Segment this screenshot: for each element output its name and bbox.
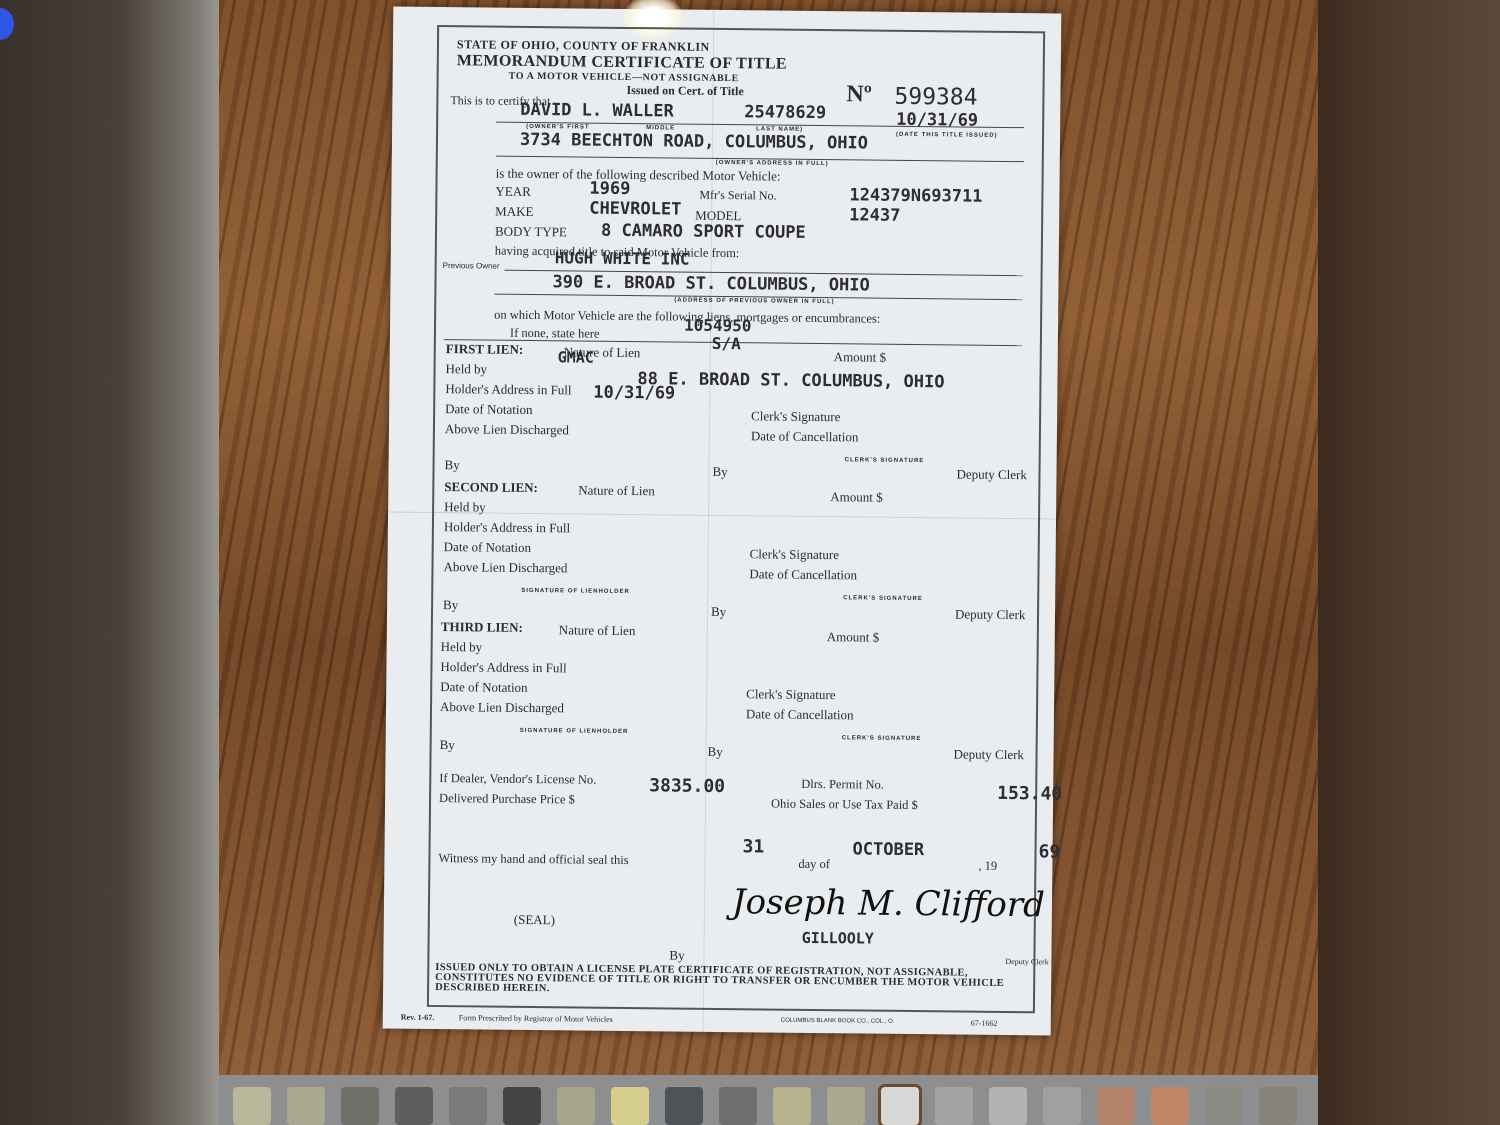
vehicle-intro: is the owner of the following described … xyxy=(496,166,781,185)
clerk-signature: Joseph M. Clifford xyxy=(732,882,1045,925)
thumb-8[interactable] xyxy=(611,1087,649,1125)
witness-label: Witness my hand and official seal this xyxy=(438,851,628,868)
second-lien-sig-lienholder-caption: SIGNATURE OF LIENHOLDER xyxy=(521,588,630,595)
seal-label: (SEAL) xyxy=(514,912,555,928)
second-lien-sig-clerk-caption: CLERK'S SIGNATURE xyxy=(843,595,923,602)
first-lien-held-by: GMAC xyxy=(558,348,594,366)
second-lien-clerk-signature-label: Clerk's Signature xyxy=(750,546,840,563)
year-prefix: , 19 xyxy=(978,859,997,874)
rev-label: Rev. 1-67. xyxy=(401,1013,435,1022)
first-lien-discharged-label: Above Lien Discharged xyxy=(445,421,569,438)
disclaimer: ISSUED ONLY TO OBTAIN A LICENSE PLATE CE… xyxy=(435,963,1015,999)
body-type-label: BODY TYPE xyxy=(495,224,567,241)
thumb-15[interactable] xyxy=(989,1087,1027,1125)
second-lien-notation-label: Date of Notation xyxy=(444,539,532,556)
first-lien-sig-clerk-caption: CLERK'S SIGNATURE xyxy=(845,457,925,464)
previous-owner-label: Previous Owner xyxy=(443,261,500,271)
if-none-value: 1054950 xyxy=(684,316,752,336)
previous-owner-address: 390 E. BROAD ST. COLUMBUS, OHIO xyxy=(552,272,869,295)
third-lien-cancellation-label: Date of Cancellation xyxy=(746,706,854,723)
third-lien-by-label: By xyxy=(440,737,455,753)
prescribed-label: Form Prescribed by Registrar of Motor Ve… xyxy=(459,1013,613,1024)
year-label: YEAR xyxy=(495,184,531,200)
second-lien-section: SECOND LIEN: Nature of Lien Amount $ Hel… xyxy=(451,483,1020,629)
thumb-3[interactable] xyxy=(341,1087,379,1125)
make-label: MAKE xyxy=(495,204,533,220)
vehicle-make: CHEVROLET xyxy=(589,199,681,220)
thumb-11[interactable] xyxy=(773,1087,811,1125)
thumb-13-selected[interactable] xyxy=(881,1087,919,1125)
third-lien-sig-lienholder-caption: SIGNATURE OF LIENHOLDER xyxy=(520,728,629,735)
owner-name: DAVID L. WALLER xyxy=(520,100,674,122)
form-number: 67-1662 xyxy=(971,1019,998,1028)
second-lien-cancellation-label: Date of Cancellation xyxy=(749,566,857,583)
second-lien-address-label: Holder's Address in Full xyxy=(444,519,570,536)
by-label: By xyxy=(669,947,684,963)
owner-address: 3734 BEECHTON ROAD, COLUMBUS, OHIO xyxy=(520,130,868,154)
signature-section: (SEAL) Joseph M. Clifford GILLOOLY By De… xyxy=(447,869,1016,961)
second-lien-title: SECOND LIEN: xyxy=(444,479,538,496)
deputy-stamp: GILLOOLY xyxy=(802,929,874,948)
sale-section: If Dealer, Vendor's License No. Dlrs. Pe… xyxy=(449,773,1018,839)
third-lien-clerk-signature-label: Clerk's Signature xyxy=(746,686,836,703)
thumb-16[interactable] xyxy=(1043,1087,1081,1125)
first-lien-address: 88 E. BROAD ST. COLUMBUS, OHIO xyxy=(637,369,944,392)
second-lien-by-label: By xyxy=(443,597,458,613)
thumb-9[interactable] xyxy=(665,1087,703,1125)
second-lien-held-by-label: Held by xyxy=(444,499,486,515)
first-lien-notation-date: 10/31/69 xyxy=(593,383,675,404)
thumbnail-filmstrip xyxy=(219,1075,1318,1125)
thumb-2[interactable] xyxy=(287,1087,325,1125)
thumb-20[interactable] xyxy=(1259,1087,1297,1125)
thumb-17[interactable] xyxy=(1097,1087,1135,1125)
first-lien-amount-label: Amount $ xyxy=(834,349,887,366)
first-lien-cancellation-label: Date of Cancellation xyxy=(751,428,859,445)
third-lien-sig-clerk-caption: CLERK'S SIGNATURE xyxy=(842,735,922,742)
thumb-14[interactable] xyxy=(935,1087,973,1125)
printer-label: COLUMBUS BLANK BOOK CO., COL., O. xyxy=(781,1018,895,1025)
thumb-5[interactable] xyxy=(449,1087,487,1125)
witness-month: OCTOBER xyxy=(852,839,924,860)
vehicle-body-type: 8 CAMARO SPORT COUPE xyxy=(601,221,806,243)
third-lien-title: THIRD LIEN: xyxy=(441,619,523,636)
second-lien-deputy-label: Deputy Clerk xyxy=(955,606,1026,623)
license-label: If Dealer, Vendor's License No. xyxy=(439,771,596,788)
memorandum-certificate-of-title: STATE OF OHIO, COUNTY OF FRANKLIN MEMORA… xyxy=(383,7,1062,1036)
permit-label: Dlrs. Permit No. xyxy=(801,777,884,793)
third-lien-nature-label: Nature of Lien xyxy=(559,622,636,639)
third-lien-notation-label: Date of Notation xyxy=(440,679,528,696)
thumb-7[interactable] xyxy=(557,1087,595,1125)
number-label: Nº xyxy=(846,81,872,108)
day-of-label: day of xyxy=(798,857,830,872)
certificate-number: 599384 xyxy=(894,84,977,111)
first-lien-deputy-label: Deputy Clerk xyxy=(956,466,1027,483)
second-lien-discharged-label: Above Lien Discharged xyxy=(443,559,567,576)
caption-previous-owner-address: (ADDRESS OF PREVIOUS OWNER IN FULL) xyxy=(674,297,834,305)
thumb-4[interactable] xyxy=(395,1087,433,1125)
third-lien-section: THIRD LIEN: Nature of Lien Amount $ Held… xyxy=(449,623,1019,779)
vehicle-model: 12437 xyxy=(849,205,900,226)
third-lien-discharged-label: Above Lien Discharged xyxy=(440,699,564,716)
notification-badge[interactable] xyxy=(0,8,14,40)
third-lien-address-label: Holder's Address in Full xyxy=(440,659,566,676)
thumb-12[interactable] xyxy=(827,1087,865,1125)
first-lien-by-clerk-label: By xyxy=(712,464,727,480)
purchase-price-label: Delivered Purchase Price $ xyxy=(439,791,575,807)
vehicle-year: 1969 xyxy=(589,179,630,199)
sales-tax-label: Ohio Sales or Use Tax Paid $ xyxy=(771,797,918,814)
form-footer: Rev. 1-67. Form Prescribed by Registrar … xyxy=(401,1013,1025,1034)
third-lien-deputy-label: Deputy Clerk xyxy=(953,746,1024,763)
purchase-price: 3835.00 xyxy=(649,775,725,797)
thumb-10[interactable] xyxy=(719,1087,757,1125)
vehicle-serial: 124379N693711 xyxy=(849,185,982,206)
thumb-18[interactable] xyxy=(1151,1087,1189,1125)
previous-owner-name: HUGH WHITE INC xyxy=(555,248,690,268)
first-lien-nature: S/A xyxy=(712,334,741,353)
third-lien-by-clerk-label: By xyxy=(707,744,722,760)
image-viewer: STATE OF OHIO, COUNTY OF FRANKLIN MEMORA… xyxy=(219,0,1318,1075)
first-lien-section: FIRST LIEN: Nature of Lien S/A Amount $ … xyxy=(452,345,1021,489)
second-lien-by-clerk-label: By xyxy=(711,604,726,620)
witness-day: 31 xyxy=(742,836,764,857)
first-lien-address-label: Holder's Address in Full xyxy=(445,381,571,398)
second-lien-amount-label: Amount $ xyxy=(830,489,883,506)
deputy-clerk-label: Deputy Clerk xyxy=(1005,957,1048,966)
caption-date-issued: (DATE THIS TITLE ISSUED) xyxy=(896,132,998,139)
first-lien-clerk-signature-label: Clerk's Signature xyxy=(751,408,841,425)
second-lien-nature-label: Nature of Lien xyxy=(578,482,655,499)
third-lien-held-by-label: Held by xyxy=(441,639,483,655)
thumb-19[interactable] xyxy=(1205,1087,1243,1125)
sales-tax-paid: 153.40 xyxy=(997,783,1062,805)
cert-of-title-number: 25478629 xyxy=(744,102,826,123)
serial-label: Mfr's Serial No. xyxy=(699,188,776,204)
caption-owner-address: (OWNER'S ADDRESS IN FULL) xyxy=(716,160,829,167)
third-lien-amount-label: Amount $ xyxy=(827,629,880,646)
background-right xyxy=(1318,0,1500,1125)
witness-year: 69 xyxy=(1038,841,1060,862)
first-lien-notation-label: Date of Notation xyxy=(445,401,533,418)
first-lien-title: FIRST LIEN: xyxy=(446,341,524,358)
first-lien-held-by-label: Held by xyxy=(445,361,487,377)
thumb-1[interactable] xyxy=(233,1087,271,1125)
issued-on-label: Issued on Cert. of Title xyxy=(626,83,743,99)
first-lien-by-label: By xyxy=(444,457,459,473)
witness-section: Witness my hand and official seal this 3… xyxy=(448,833,1016,875)
document-border: STATE OF OHIO, COUNTY OF FRANKLIN MEMORA… xyxy=(427,25,1045,1013)
thumb-6[interactable] xyxy=(503,1087,541,1125)
